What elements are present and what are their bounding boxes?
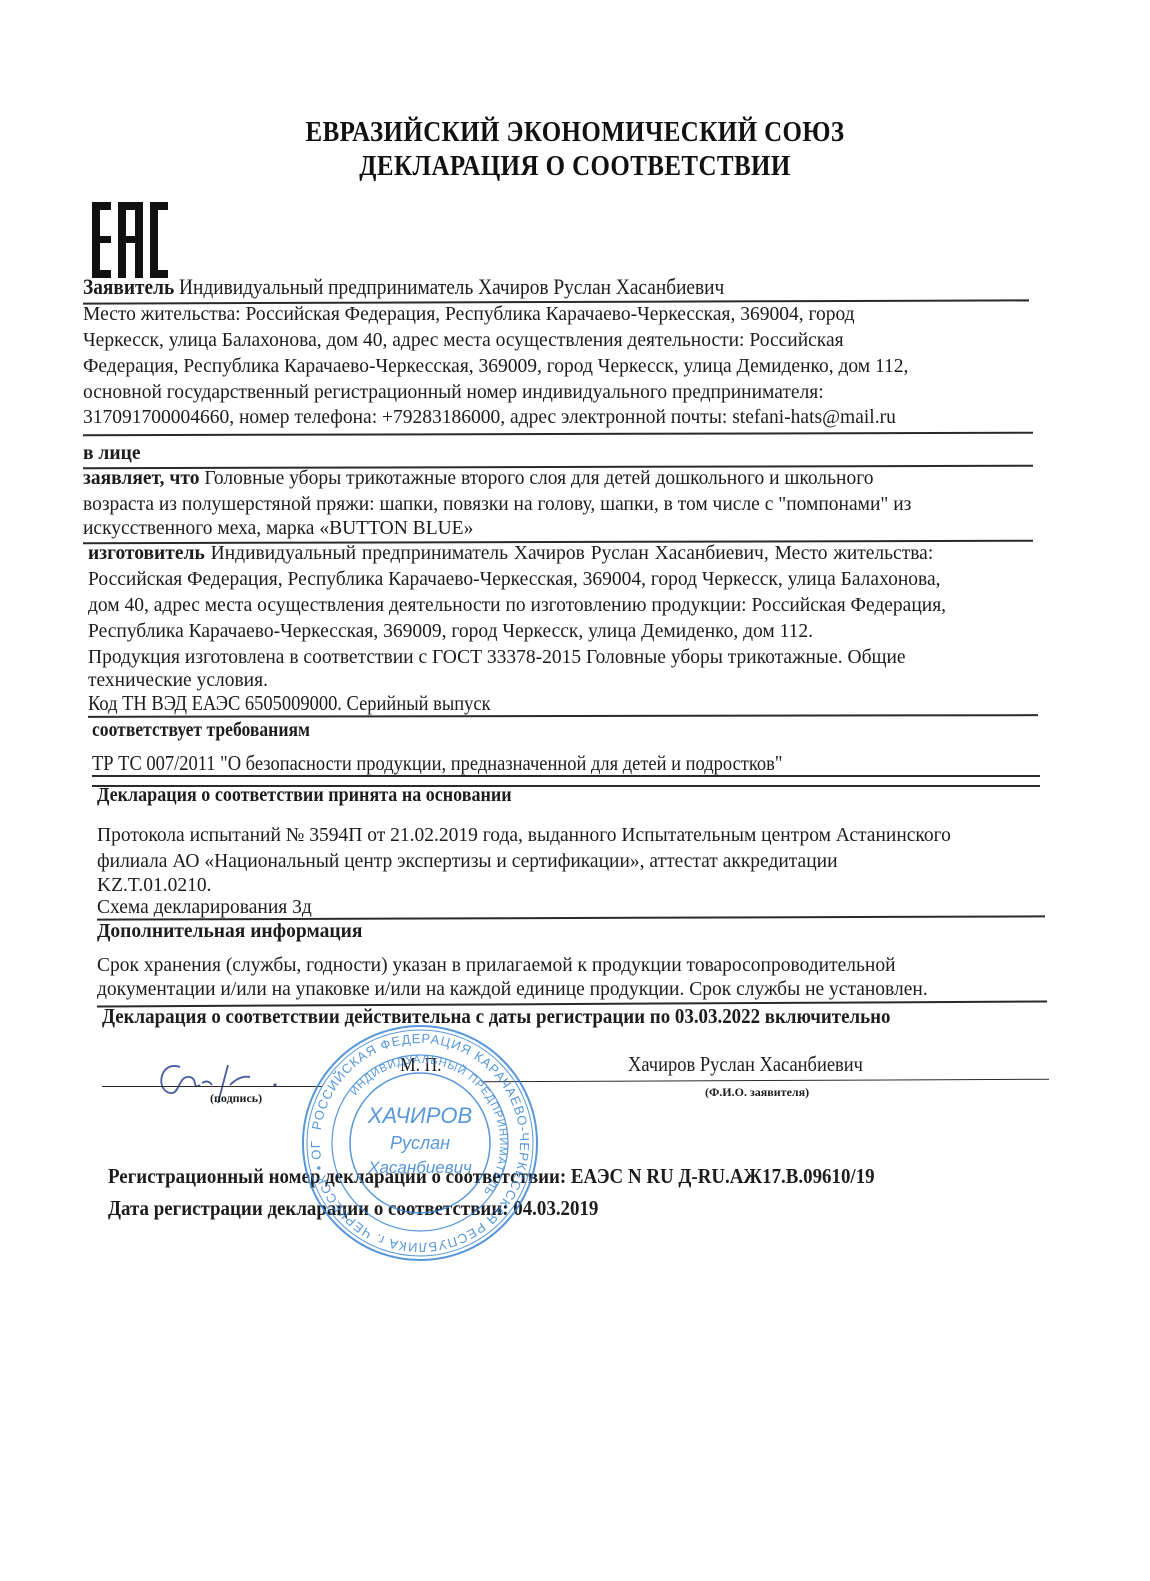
svg-text:Хасанбиевич: Хасанбиевич [367, 1158, 472, 1177]
svg-text:ХАЧИРОВ: ХАЧИРОВ [367, 1103, 472, 1128]
applicant-row: Заявитель Индивидуальный предприниматель… [83, 274, 724, 300]
signature-line [102, 1086, 322, 1087]
applicant-value: Индивидуальный предприниматель Хачиров Р… [179, 274, 724, 299]
applicant-details-line: Федерация, Республика Карачаево-Черкесск… [83, 354, 908, 380]
applicant-details-line: 317091700004660, номер телефона: +792831… [83, 405, 896, 431]
divider [92, 775, 1040, 777]
complies-value: ТР ТС 007/2011 "О безопасности продукции… [92, 750, 782, 776]
declares-line: возраста из полушерстяной пряжи: шапки, … [83, 492, 911, 518]
complies-label: соответствует требованиям [92, 717, 310, 743]
seal-stamp-icon: РОССИЙСКАЯ ФЕДЕРАЦИЯ КАРАЧАЕВО-ЧЕРКЕССКА… [300, 1023, 540, 1263]
declares-row: заявляет, что Головные уборы трикотажные… [83, 466, 873, 492]
manufacturer-line: Российская Федерация, Республика Карачае… [88, 567, 941, 593]
hs-code: Код ТН ВЭД ЕАЭС 6505009000. Серийный вып… [88, 690, 491, 716]
signature-caption: (подпись) [210, 1090, 262, 1106]
manufacturer-row: изготовитель Индивидуальный предпринимат… [88, 541, 933, 567]
declares-value: Головные уборы трикотажные второго слоя … [204, 468, 873, 489]
manufacturer-label: изготовитель [88, 543, 205, 564]
svg-text:Руслан: Руслан [390, 1133, 450, 1153]
document-title: ДЕКЛАРАЦИЯ О СООТВЕТСТВИИ [81, 150, 1070, 183]
applicant-details-line: Место жительства: Российская Федерация, … [83, 302, 855, 328]
additional-info-line: документации и/или на упаковке и/или на … [97, 977, 928, 1003]
union-title: ЕВРАЗИЙСКИЙ ЭКОНОМИЧЕСКИЙ СОЮЗ [81, 116, 1070, 149]
name-line [483, 1079, 1049, 1082]
declares-line: искусственного меха, марка «BUTTON BLUE» [83, 516, 473, 542]
manufacturer-value: Индивидуальный предприниматель Хачиров Р… [211, 543, 934, 564]
declares-label: заявляет, что [83, 468, 200, 489]
applicant-details-line: основной государственный регистрационный… [83, 380, 824, 406]
manufacturer-line: дом 40, адрес места осуществления деятел… [88, 593, 946, 619]
eac-logo-icon [92, 202, 168, 278]
applicant-details-line: Черкесск, улица Балахонова, дом 40, адре… [83, 328, 844, 354]
manufacturer-line: Республика Карачаево-Черкесская, 369009,… [88, 619, 813, 645]
name-caption: (Ф.И.О. заявителя) [705, 1084, 809, 1100]
divider [83, 432, 1033, 436]
basis-line: филиала АО «Национальный центр экспертиз… [97, 849, 838, 875]
applicant-name: Хачиров Руслан Хасанбиевич [628, 1051, 863, 1077]
applicant-label: Заявитель [83, 274, 174, 299]
represented-by-label: в лице [83, 441, 140, 467]
additional-info-label: Дополнительная информация [97, 919, 362, 945]
basis-label: Декларация о соответствии принята на осн… [97, 782, 512, 808]
basis-line: Протокола испытаний № 3594П от 21.02.201… [97, 823, 951, 849]
additional-info-line: Срок хранения (службы, годности) указан … [97, 953, 896, 979]
